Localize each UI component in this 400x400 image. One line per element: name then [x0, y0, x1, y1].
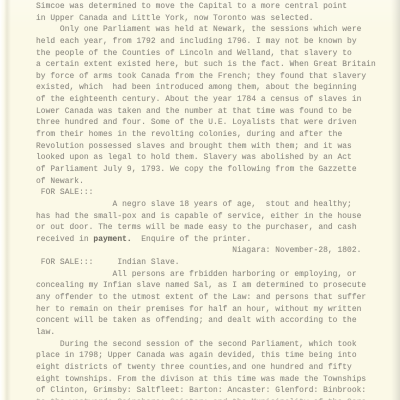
text-line: received in payment. Enquire of the prin… — [36, 234, 392, 246]
text-line: existed, which had been introduced among… — [36, 82, 392, 94]
text-line: by force of arms took Canada from the Fr… — [36, 71, 392, 83]
text-line: has had the small-pox and is capable of … — [36, 211, 392, 223]
text-line: held each year, from 1792 and including … — [36, 36, 392, 48]
text-line: a certain extent existed here, but such … — [36, 59, 392, 71]
text-line: Revolution possessed slaves and brought … — [36, 141, 392, 153]
text-line: of Parliament July 9, 1793. We copy the … — [36, 164, 392, 176]
text-line: eight districts of twenty three counties… — [36, 362, 392, 374]
text-line: place in 1798; Upper Canada was again de… — [36, 350, 392, 362]
text-line: in Upper Canada and Little York, now Tor… — [36, 13, 392, 25]
text-line: any offender to the utmost extent of the… — [36, 292, 392, 304]
text-line: eight townships. From the divison at thi… — [36, 374, 392, 386]
text-line: A negro slave 18 years of age, stout and… — [36, 199, 392, 211]
overstruck-word: payment. — [93, 235, 131, 244]
text-line: Niagara: November-28, 1802. — [36, 245, 392, 257]
text-line: concent will be taken as offending; and … — [36, 315, 392, 327]
text-line: the people of the Counties of Lincoln an… — [36, 48, 392, 60]
text-line: of Newark. — [36, 176, 392, 188]
text-line: concealing my Infian slave named Sal, as… — [36, 280, 392, 292]
text-line: During the second session of the second … — [36, 339, 392, 351]
text-line: Only one Parliament was held at Newark, … — [36, 24, 392, 36]
text-line: Lower Canada was taken and the number at… — [36, 106, 392, 118]
text-line: law. — [36, 327, 392, 339]
text-line: or out door. The terms will be made easy… — [36, 222, 392, 234]
text-line: FOR SALE::: Indian Slave. — [36, 257, 392, 269]
text-line: three hundred and four. Some of the U.E.… — [36, 117, 392, 129]
text-line: All persons are frbidden harboring or em… — [36, 269, 392, 281]
text-line: of Clinton, Grimsby: Saltfleet: Barton: … — [36, 385, 392, 397]
text-line: looked upon as legal to hold them. Slave… — [36, 152, 392, 164]
text-line: FOR SALE::: — [36, 187, 392, 199]
scanned-page: Simcoe was determined to move the Capita… — [0, 0, 400, 400]
text-line: of the eighteenth century. About the yea… — [36, 94, 392, 106]
text-line: Simcoe was determined to move the Capita… — [36, 1, 392, 13]
text-line: from their homes in the revolting coloni… — [36, 129, 392, 141]
typewritten-text: Simcoe was determined to move the Capita… — [36, 1, 392, 400]
text-line: her to remain on their premises for half… — [36, 304, 392, 316]
